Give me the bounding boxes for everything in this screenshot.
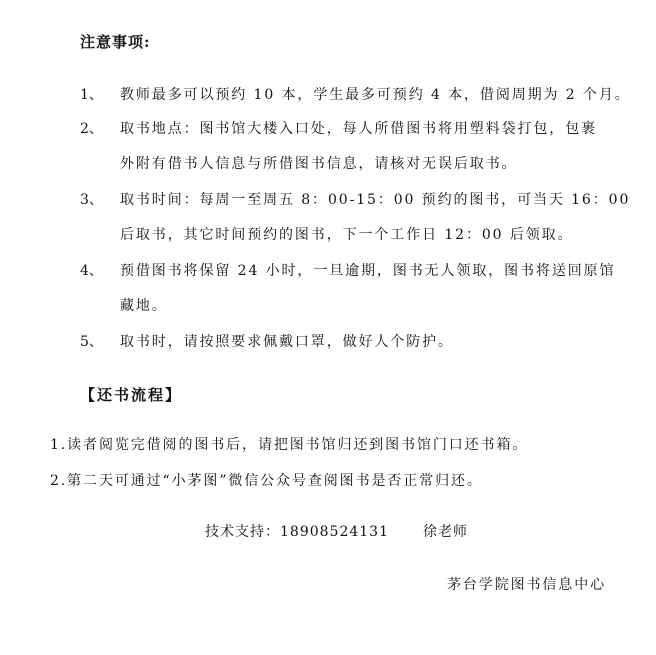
support-label: 技术支持： bbox=[205, 524, 280, 540]
return-process-heading: 【还书流程】 bbox=[80, 384, 182, 405]
item-number: 3、 bbox=[80, 189, 103, 209]
item-text-line: 后取书，其它时间预约的图书，下一个工作日 12：00 后领取。 bbox=[120, 224, 573, 244]
return-step-2: 2.第二天可通过“小茅图”微信公众号查阅图书是否正常归还。 bbox=[50, 470, 483, 490]
item-text-line: 外附有借书人信息与所借图书信息，请核对无误后取书。 bbox=[120, 153, 518, 173]
item-number: 5、 bbox=[80, 331, 103, 351]
item-text-line: 藏地。 bbox=[120, 295, 168, 315]
support-phone: 18908524131 bbox=[280, 524, 389, 540]
item-number: 4、 bbox=[80, 260, 103, 280]
support-contact: 徐老师 bbox=[423, 524, 468, 540]
item-number: 1、 bbox=[80, 84, 103, 104]
item-text-line: 教师最多可以预约 10 本，学生最多可预约 4 本，借阅周期为 2 个月。 bbox=[120, 84, 631, 104]
item-text-line: 取书时间：每周一至周五 8：00-15：00 预约的图书，可当天 16：00 bbox=[120, 189, 630, 209]
item-text-line: 取书时，请按照要求佩戴口罩，做好人个防护。 bbox=[120, 331, 454, 351]
footer-organization: 茅台学院图书信息中心 bbox=[447, 574, 606, 594]
item-text-line: 预借图书将保留 24 小时，一旦逾期，图书无人领取，图书将送回原馆 bbox=[120, 260, 615, 280]
item-number: 2、 bbox=[80, 118, 103, 138]
return-step-1: 1.读者阅览完借阅的图书后，请把图书馆归还到图书馆门口还书箱。 bbox=[50, 434, 528, 454]
item-text-line: 取书地点：图书馆大楼入口处，每人所借图书将用塑料袋打包，包裹 bbox=[120, 118, 597, 138]
tech-support: 技术支持：18908524131徐老师 bbox=[205, 521, 468, 541]
notice-title: 注意事项: bbox=[80, 31, 151, 52]
